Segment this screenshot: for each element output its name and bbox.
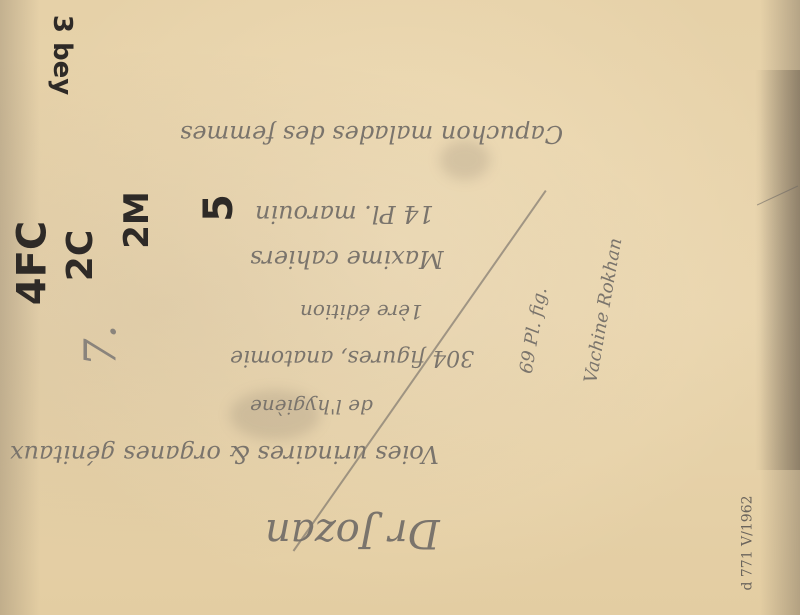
handwritten-line: 304 figures, anatomie [230, 345, 474, 370]
handwritten-line: Voies urinaires & organes génitaux [10, 440, 439, 468]
mark-code-4: 5 [196, 194, 242, 222]
vertical-note: 69 Pl. fig. [516, 286, 552, 376]
paper-edge-shadow [755, 70, 800, 470]
mark-code-1: 4FC [9, 221, 55, 306]
handwritten-line: de l'hygiène [250, 395, 373, 419]
handwritten-line: Maxime cahiers [250, 245, 444, 273]
mark-top-left: 3 bey [47, 15, 77, 95]
handwritten-paper: 3 bey 4FC 2C 2M 5 7. Capuchon malades de… [0, 0, 800, 615]
handwritten-line: Capuchon malades des femmes [180, 120, 563, 148]
mark-code-2: 2C [60, 230, 101, 281]
mark-code-5: 7. [75, 325, 126, 367]
archive-number: d 771 V/1962 [740, 495, 756, 590]
signature: Dr Jozan [265, 510, 440, 556]
handwritten-line: 1ère édition [300, 300, 423, 324]
handwritten-line: 14 Pl. marouin [255, 200, 434, 228]
vertical-note: Vachine Rokhan [580, 236, 626, 384]
mark-code-3: 2M [117, 191, 157, 249]
